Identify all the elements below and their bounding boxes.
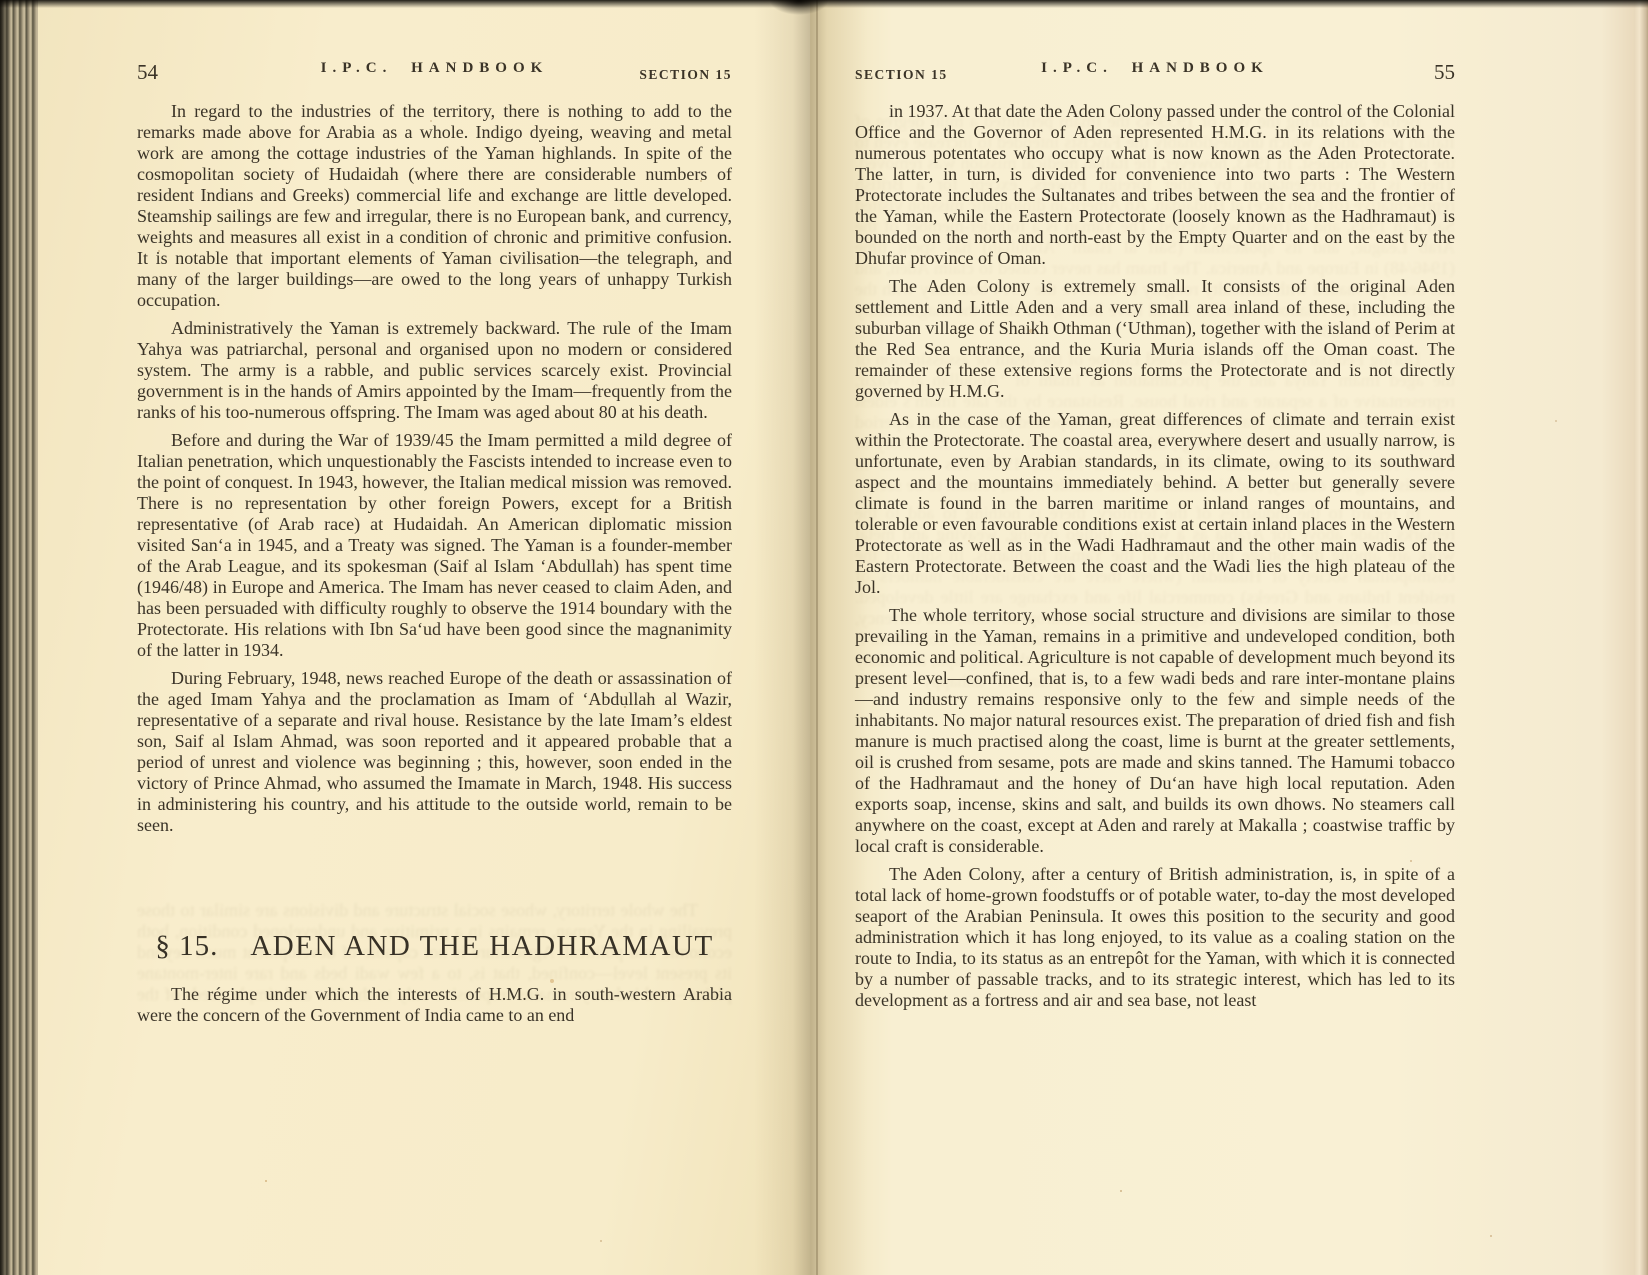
left-page-text-column: In regard to the industries of the terri… [137, 101, 732, 1026]
running-head-left: 54 I.P.C. HANDBOOK SECTION 15 [137, 60, 732, 86]
section-title: ADEN AND THE HADHRAMAUT [250, 930, 713, 962]
paragraph: in 1937. At that date the Aden Colony pa… [855, 101, 1455, 269]
book-gutter-shadow [754, 0, 868, 1275]
section-number: § 15. [155, 930, 218, 962]
right-page-text-column: in 1937. At that date the Aden Colony pa… [855, 101, 1455, 1011]
paragraph: The Aden Colony is extremely small. It c… [855, 276, 1455, 402]
paragraph: Administratively the Yaman is extremely … [137, 318, 732, 423]
paragraph: The régime under which the interests of … [137, 984, 732, 1026]
section-label: SECTION 15 [855, 67, 948, 83]
paragraph: During February, 1948, news reached Euro… [137, 668, 732, 836]
page-number: 54 [137, 60, 158, 85]
section-heading: § 15.ADEN AND THE HADHRAMAUT [137, 936, 732, 957]
running-head-right: SECTION 15 I.P.C. HANDBOOK 55 [855, 60, 1455, 86]
paragraph: In regard to the industries of the terri… [137, 101, 732, 311]
paragraph: The whole territory, whose social struct… [855, 605, 1455, 857]
page-number: 55 [1434, 60, 1455, 85]
section-label: SECTION 15 [639, 67, 732, 83]
running-title: I.P.C. HANDBOOK [321, 60, 549, 77]
paragraph: As in the case of the Yaman, great diffe… [855, 409, 1455, 598]
right-page-edge [1634, 0, 1648, 1275]
paragraph: The Aden Colony, after a century of Brit… [855, 864, 1455, 1011]
stacked-page-edges [0, 0, 38, 1275]
running-title: I.P.C. HANDBOOK [1041, 60, 1269, 77]
open-book-spread: The whole territory, whose social struct… [0, 0, 1648, 1275]
paragraph: Before and during the War of 1939/45 the… [137, 430, 732, 661]
binding-notch [766, 0, 832, 20]
paper-speckles-right [0, 0, 2, 2]
